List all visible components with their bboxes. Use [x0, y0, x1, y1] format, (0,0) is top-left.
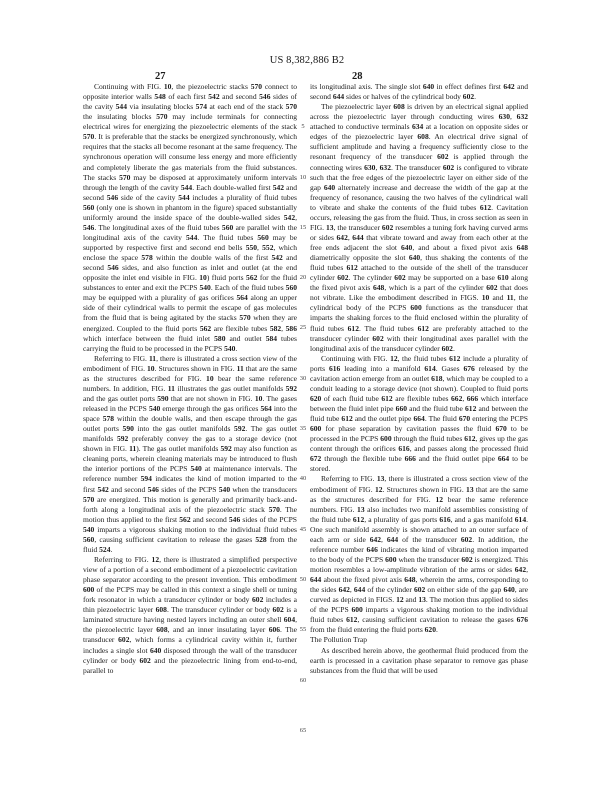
- line-number: 15: [296, 224, 310, 231]
- line-number: 10: [296, 174, 310, 181]
- line-number: 50: [296, 576, 310, 583]
- section-heading: The Pollution Trap: [310, 635, 528, 645]
- page-number-right: 28: [352, 71, 363, 82]
- line-number: 45: [296, 526, 310, 533]
- line-number: 60: [296, 677, 310, 684]
- paragraph: Continuing with FIG. 12, the fluid tubes…: [310, 354, 528, 475]
- line-number: 30: [296, 375, 310, 382]
- patent-number: US 8,382,886 B2: [0, 55, 614, 66]
- line-number: 35: [296, 425, 310, 432]
- right-column: its longitudinal axis. The single slot 6…: [310, 82, 528, 676]
- paragraph: Continuing with FIG. 10, the piezoelectr…: [83, 82, 297, 354]
- line-number: 65: [296, 727, 310, 734]
- line-number: 25: [296, 324, 310, 331]
- line-number: 40: [296, 475, 310, 482]
- paragraph: As described herein above, the geotherma…: [310, 646, 528, 676]
- page-number-left: 27: [155, 71, 166, 82]
- left-column: Continuing with FIG. 10, the piezoelectr…: [83, 82, 297, 676]
- paragraph: Referring to FIG. 11, there is illustrat…: [83, 354, 297, 555]
- paragraph: The piezoelectric layer 608 is driven by…: [310, 102, 528, 354]
- paragraph: Referring to FIG. 13, there is illustrat…: [310, 474, 528, 635]
- line-number: 5: [296, 123, 310, 130]
- line-number: 20: [296, 274, 310, 281]
- paragraph: its longitudinal axis. The single slot 6…: [310, 82, 528, 102]
- line-number: 55: [296, 626, 310, 633]
- paragraph: Referring to FIG. 12, there is illustrat…: [83, 555, 297, 676]
